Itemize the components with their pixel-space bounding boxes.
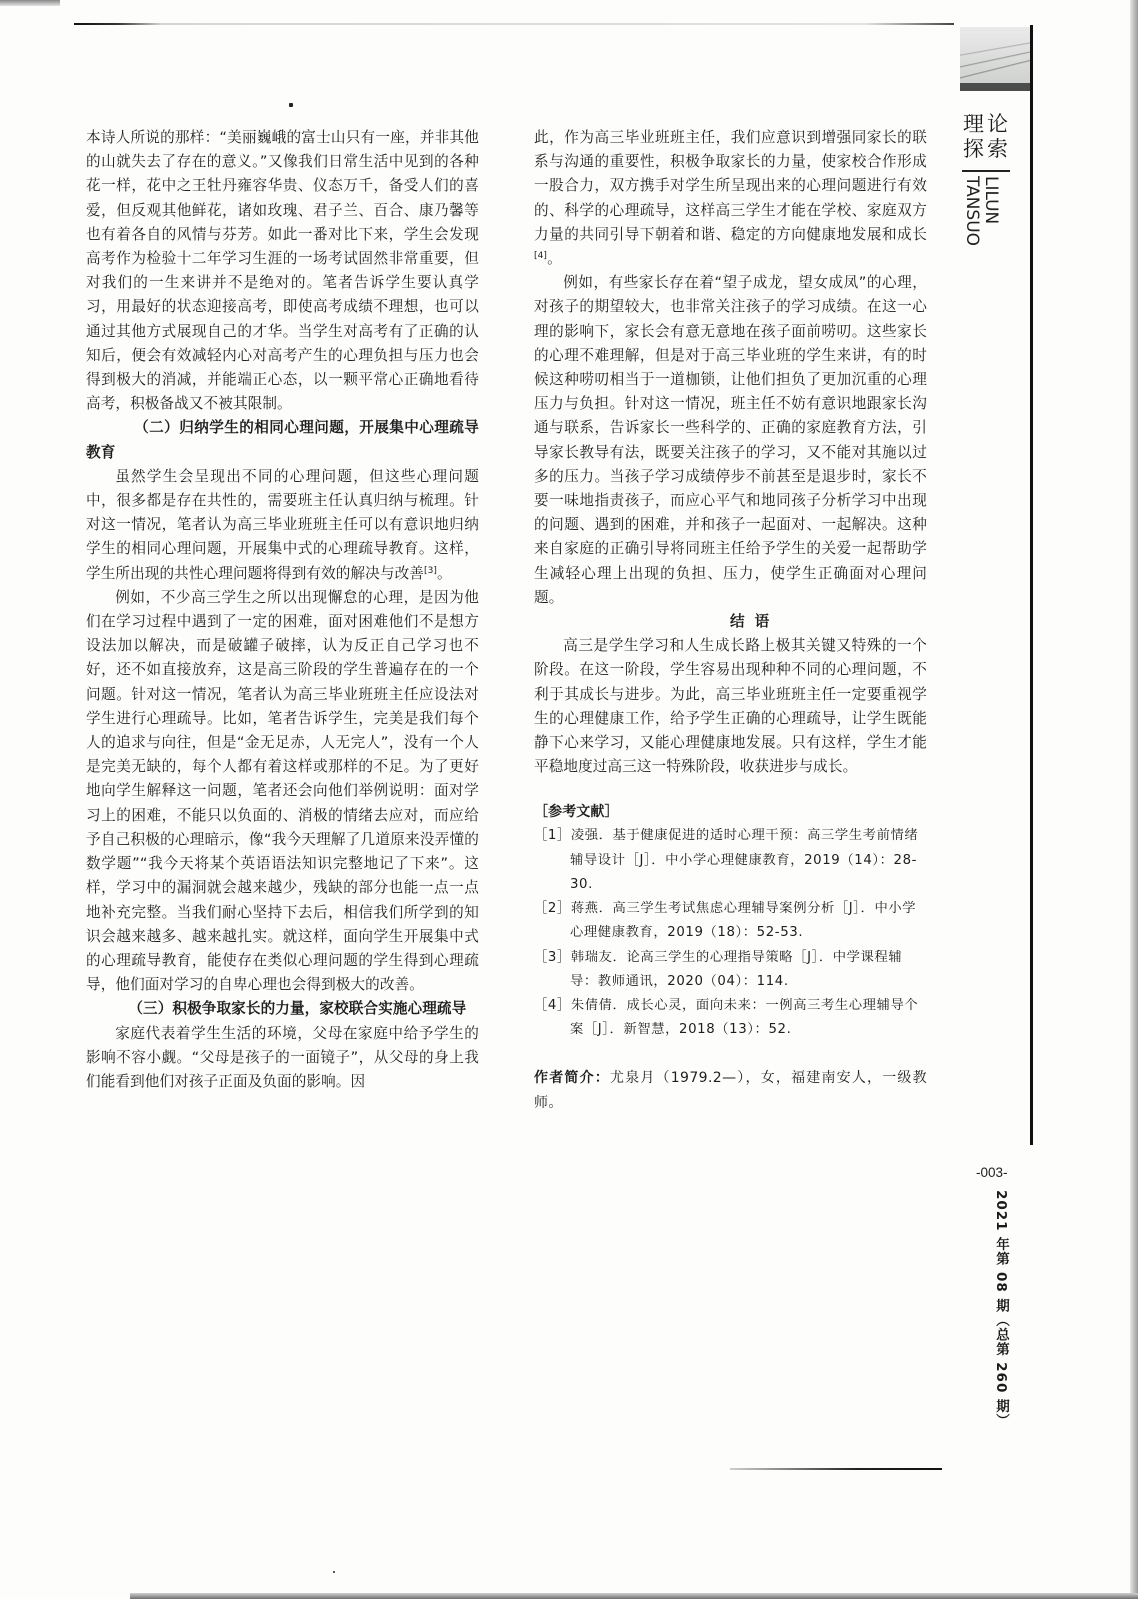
- header-rule: [74, 23, 954, 25]
- section-heading-2: （二）归纳学生的相同心理问题，开展集中心理疏导教育: [86, 416, 479, 464]
- margin-vertical-rule: [1030, 25, 1033, 1145]
- page-number: -003-: [976, 1165, 1008, 1180]
- column-name-latin: LILUN TANSUO: [962, 176, 1000, 246]
- scan-shadow-bottom: [130, 1593, 1138, 1599]
- column-header-image: [960, 27, 1030, 83]
- conclusion-paragraph: 高三是学生学习和人生成长路上极其关键又特殊的一个阶段。在这一阶段，学生容易出现种…: [534, 634, 927, 779]
- scan-speck: [333, 1571, 335, 1573]
- scan-shadow-top: [0, 0, 60, 6]
- author-bio: 作者简介：尤泉月（1979.2—），女，福建南安人，一级教师。: [534, 1066, 927, 1114]
- conclusion-title: 结语: [534, 610, 927, 634]
- column-name-divider: [962, 170, 1010, 172]
- body-paragraph: 虽然学生会呈现出不同的心理问题，但这些心理问题中，很多都是存在共性的，需要班主任…: [86, 465, 479, 586]
- column-header-band: [960, 83, 1030, 91]
- references-heading: ［参考文献］: [534, 800, 927, 824]
- reference-item: ［4］朱倩倩．成长心灵，面向未来：一例高三考生心理辅导个案［J］．新智慧，201…: [534, 994, 927, 1042]
- body-paragraph: 家庭代表着学生生活的环境，父母在家庭中给予学生的影响不容小觑。“父母是孩子的一面…: [86, 1022, 479, 1095]
- reference-item: ［3］韩瑞友．论高三学生的心理指导策略［J］．中学课程辅导：教师通讯，2020（…: [534, 946, 927, 994]
- issue-info: 2021 年第 08 期（总第 260 期）: [991, 1190, 1011, 1428]
- body-paragraph: 此，作为高三毕业班班主任，我们应意识到增强同家长的联系与沟通的重要性，积极争取家…: [534, 126, 927, 271]
- right-column: 此，作为高三毕业班班主任，我们应意识到增强同家长的联系与沟通的重要性，积极争取家…: [534, 126, 927, 1115]
- citation: [3]: [424, 566, 437, 576]
- body-paragraph: 例如，有些家长存在着“望子成龙，望女成凤”的心理，对孩子的期望较大，也非常关注孩…: [534, 271, 927, 610]
- left-column: 本诗人所说的那样：“美丽巍峨的富士山只有一座，并非其他的山就失去了存在的意义。”…: [86, 126, 479, 1094]
- citation: [4]: [534, 251, 547, 261]
- body-paragraph: 例如，不少高三学生之所以出现懈怠的心理，是因为他们在学习过程中遇到了一定的困难，…: [86, 586, 479, 997]
- body-paragraph: 本诗人所说的那样：“美丽巍峨的富士山只有一座，并非其他的山就失去了存在的意义。”…: [86, 126, 479, 416]
- section-heading-3: （三）积极争取家长的力量，家校联合实施心理疏导: [86, 997, 479, 1021]
- reference-item: ［1］凌强．基于健康促进的适时心理干预：高三学生考前情绪辅导设计［J］．中小学心…: [534, 824, 927, 897]
- scan-speck: [289, 103, 293, 107]
- footer-rule: [730, 1468, 942, 1470]
- reference-item: ［2］蒋燕．高三学生考试焦虑心理辅导案例分析［J］．中小学心理健康教育，2019…: [534, 897, 927, 945]
- column-name: 理论 探索: [963, 112, 1011, 162]
- scan-shadow-right: [1130, 0, 1138, 1599]
